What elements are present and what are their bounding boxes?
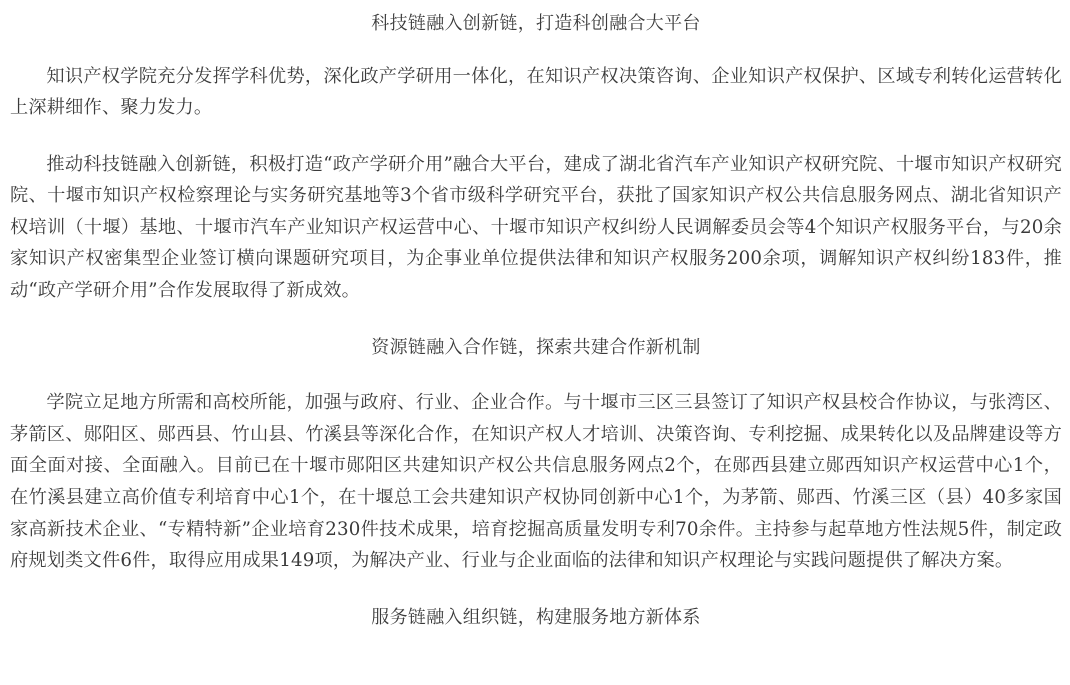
paragraph-ip-college-advantage: 知识产权学院充分发挥学科优势，深化政产学研用一体化，在知识产权决策咨询、企业知识…	[10, 61, 1062, 124]
section-heading-resource-chain: 资源链融入合作链，探索共建合作新机制	[10, 332, 1062, 364]
paragraph-local-cooperation: 学院立足地方所需和高校所能，加强与政府、行业、企业合作。与十堰市三区三县签订了知…	[10, 387, 1062, 577]
article-body: 科技链融入创新链，打造科创融合大平台 知识产权学院充分发挥学科优势，深化政产学研…	[0, 8, 1070, 633]
paragraph-platform-building: 推动科技链融入创新链，积极打造“政产学研介用”融合大平台，建成了湖北省汽车产业知…	[10, 149, 1062, 307]
section-heading-service-chain: 服务链融入组织链，构建服务地方新体系	[10, 602, 1062, 634]
section-heading-tech-chain: 科技链融入创新链，打造科创融合大平台	[10, 8, 1062, 40]
